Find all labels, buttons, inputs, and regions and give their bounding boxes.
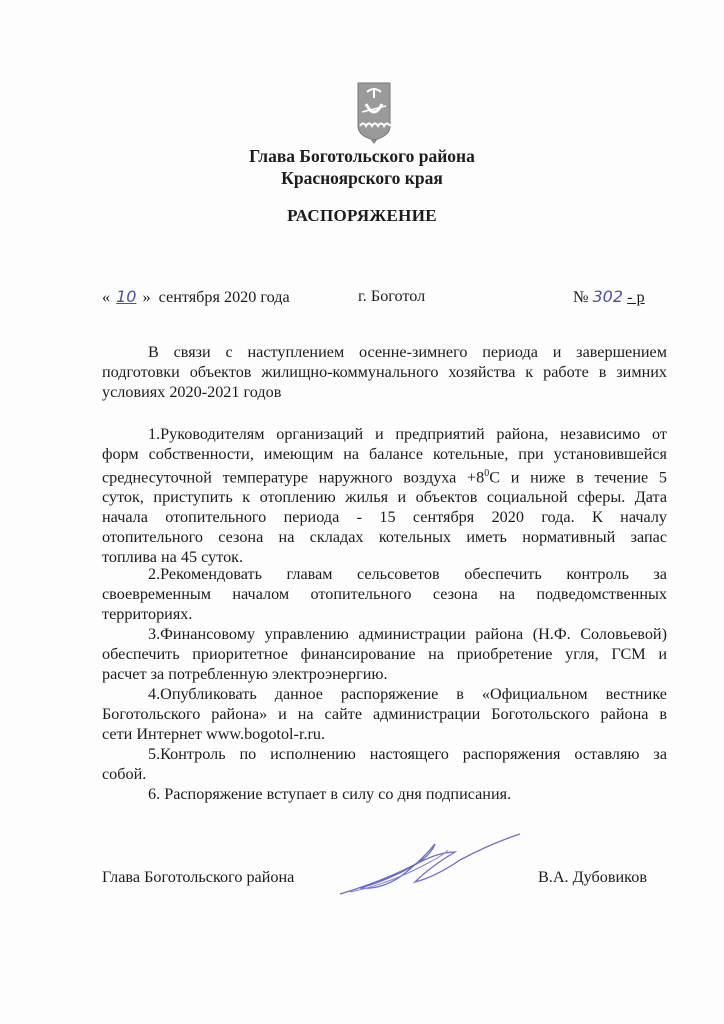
- handwritten-signature-icon: [320, 832, 520, 902]
- signer-name: В.А. Дубовиков: [538, 868, 647, 887]
- authority-line-1: Глава Боготольского района: [0, 146, 724, 167]
- preamble: В связи с наступлением осенне-зимнего пе…: [102, 342, 667, 402]
- doc-date: «10» сентября 2020 года: [102, 287, 290, 307]
- item-4: 4.Опубликовать данное распоряжение в «Оф…: [102, 684, 667, 744]
- signer-position: Глава Боготольского района: [102, 868, 294, 887]
- item-2: 2.Рекомендовать главам сельсоветов обесп…: [102, 564, 667, 624]
- number-value: 302: [593, 287, 624, 306]
- item-5: 5.Контроль по исполнению настоящего расп…: [102, 744, 667, 784]
- date-day: 10: [110, 287, 142, 306]
- date-month-year: сентября 2020 года: [159, 288, 290, 306]
- item-6: 6. Распоряжение вступает в силу со дня п…: [102, 784, 667, 804]
- item-1: 1.Руководителям организаций и предприяти…: [102, 424, 667, 567]
- doc-type-title: РАСПОРЯЖЕНИЕ: [0, 206, 724, 226]
- item-3: 3.Финансовому управлению администрации р…: [102, 624, 667, 684]
- coat-of-arms-icon: [357, 82, 391, 144]
- authority-line-2: Красноярского края: [0, 168, 724, 189]
- doc-number: № 302 - р: [573, 287, 645, 307]
- doc-city: г. Боготол: [358, 287, 425, 306]
